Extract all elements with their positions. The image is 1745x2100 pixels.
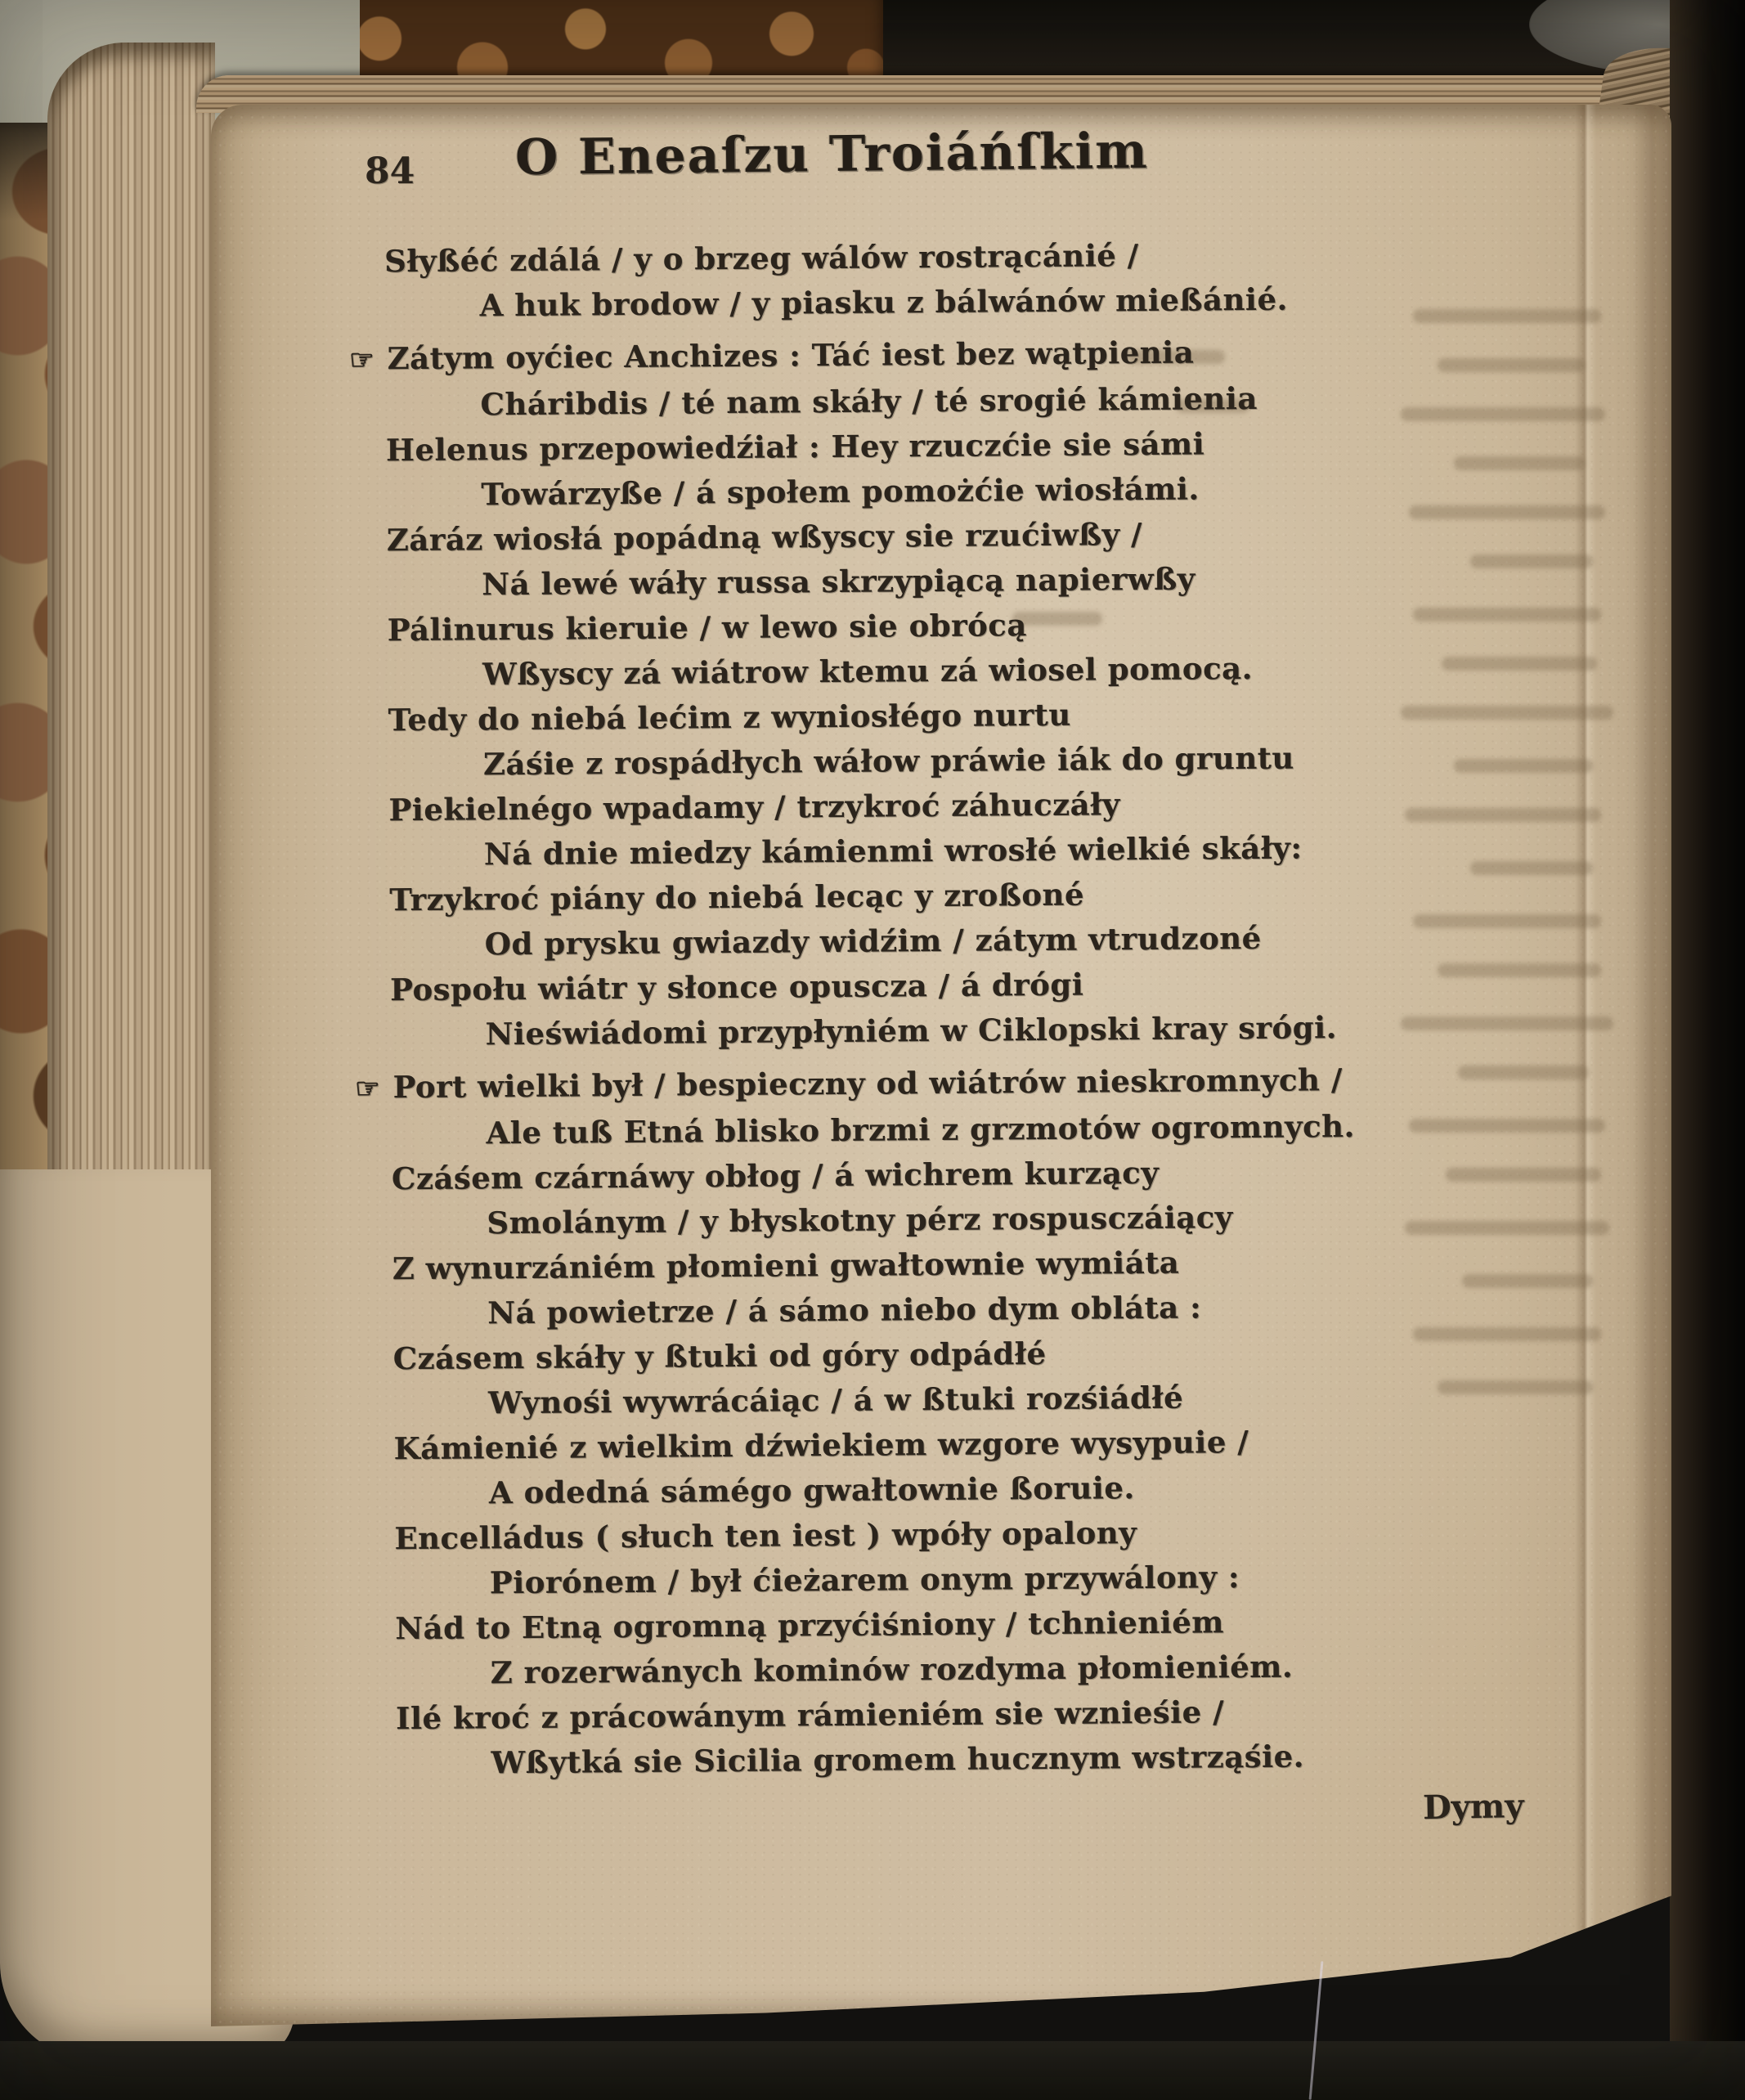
book-page: 84 O Eneaſzu Troiáńſkim Słyßéć zdálá / y…	[211, 105, 1671, 2026]
verse-text: Ale tuß Etná blisko brzmi z grzmotów ogr…	[486, 1108, 1355, 1151]
verse-text: Piorónem / był ćieżarem onym przywálony …	[490, 1559, 1240, 1600]
page-number: 84	[365, 150, 415, 192]
page-header: 84 O Eneaſzu Troiáńſkim	[211, 119, 1671, 218]
catchword: Dymy	[1423, 1787, 1524, 1827]
verse-text: Zátym oyćiec Anchizes : Táć iest bez wąt…	[387, 334, 1194, 377]
verse-text: Tedy do niebá lećim z wyniosłégo nurtu	[388, 697, 1070, 738]
verse-text: Wßytká sie Sicilia gromem hucznym wstrzą…	[491, 1739, 1304, 1781]
verse-text: Ilé kroć z prácowánym rámieniém sie wzni…	[396, 1694, 1224, 1736]
verse-text: Záráz wiosłá popádną wßyscy sie rzućiwßy…	[387, 516, 1143, 558]
verse-text: Czásem skáły y ßtuki od góry odpádłé	[393, 1335, 1047, 1376]
verse-text: Nád to Etną ogromną przyćiśniony / tchni…	[395, 1604, 1224, 1646]
verse-text: Trzykroć piány do niebá lecąc y zroßoné	[389, 877, 1084, 918]
verse-text: Z wynurzániém płomieni gwałtownie wymiát…	[393, 1245, 1180, 1287]
verse-text: Z rozerwánych kominów rozdyma płomieniém…	[491, 1649, 1294, 1691]
verse-text: Encelládus ( słuch ten iest ) wpóły opal…	[394, 1514, 1137, 1556]
gutter-shadow-right	[1670, 0, 1745, 2100]
verse-text: Ná powietrze / á sámo niebo dym obláta :	[487, 1290, 1201, 1331]
table-surface-bottom	[0, 2041, 1745, 2100]
verse-text: Port wielki był / bespieczny od wiátrów …	[393, 1061, 1343, 1105]
verse-text: Pálinurus kieruie / w lewo sie obrócą	[388, 607, 1027, 648]
verse-text: Wynośi wywrácáiąc / á w ßtuki rozśiádłé	[488, 1380, 1183, 1421]
verse-text: Czáśem czárnáwy obłog / á wichrem kurząc…	[392, 1155, 1160, 1196]
running-title: O Eneaſzu Troiáńſkim	[515, 123, 1150, 186]
verse-text: Towárzyße / á społem pomożćie wiosłámi.	[481, 471, 1200, 513]
manicule-icon: ☞	[349, 343, 375, 376]
verse-text: Smolánym / y błyskotny pérz rospusczáiąc…	[487, 1199, 1233, 1241]
verse-text: Piekielnégo wpadamy / trzykroć záhuczáły	[388, 786, 1120, 828]
manicule-icon: ☞	[355, 1072, 380, 1105]
verse-text: Słyßéć zdálá / y o brzeg wálów rostrącán…	[384, 237, 1139, 279]
verse-text: Záśie z rospádłych wáłow práwie iák do g…	[483, 740, 1294, 783]
verse-text: A huk brodow / y piasku z bálwánów mießá…	[479, 281, 1288, 324]
verse-text: Pospołu wiátr y słonce opuscza / á drógi	[390, 967, 1083, 1008]
book-scan: 84 O Eneaſzu Troiáńſkim Słyßéć zdálá / y…	[0, 0, 1745, 2100]
verse-text: Wßyscy zá wiátrow ktemu zá wiosel pomocą…	[482, 650, 1253, 692]
verse-text: Ná lewé wáły russa skrzypiącą napierwßy	[482, 561, 1195, 603]
verse-text: A odedná sámégo gwałtownie ßoruie.	[489, 1470, 1135, 1510]
verse-text: Cháribdis / té nam skáły / té srogié kám…	[480, 380, 1258, 422]
verse-text: Kámienié z wielkim dźwiekiem wzgore wysy…	[393, 1424, 1249, 1466]
verse-text: Nieświádomi przypłyniém w Ciklopski kray…	[485, 1009, 1337, 1052]
verse-text: Helenus przepowiedźiał : Hey rzuczćie si…	[386, 425, 1205, 468]
verse-text-block: Słyßéć zdálá / y o brzeg wálów rostrącán…	[211, 229, 1684, 1788]
verse-text: Od prysku gwiazdy widźim / zátym vtrudzo…	[485, 920, 1262, 962]
verse-text: Ná dnie miedzy kámienmi wrosłé wielkié s…	[484, 830, 1303, 873]
